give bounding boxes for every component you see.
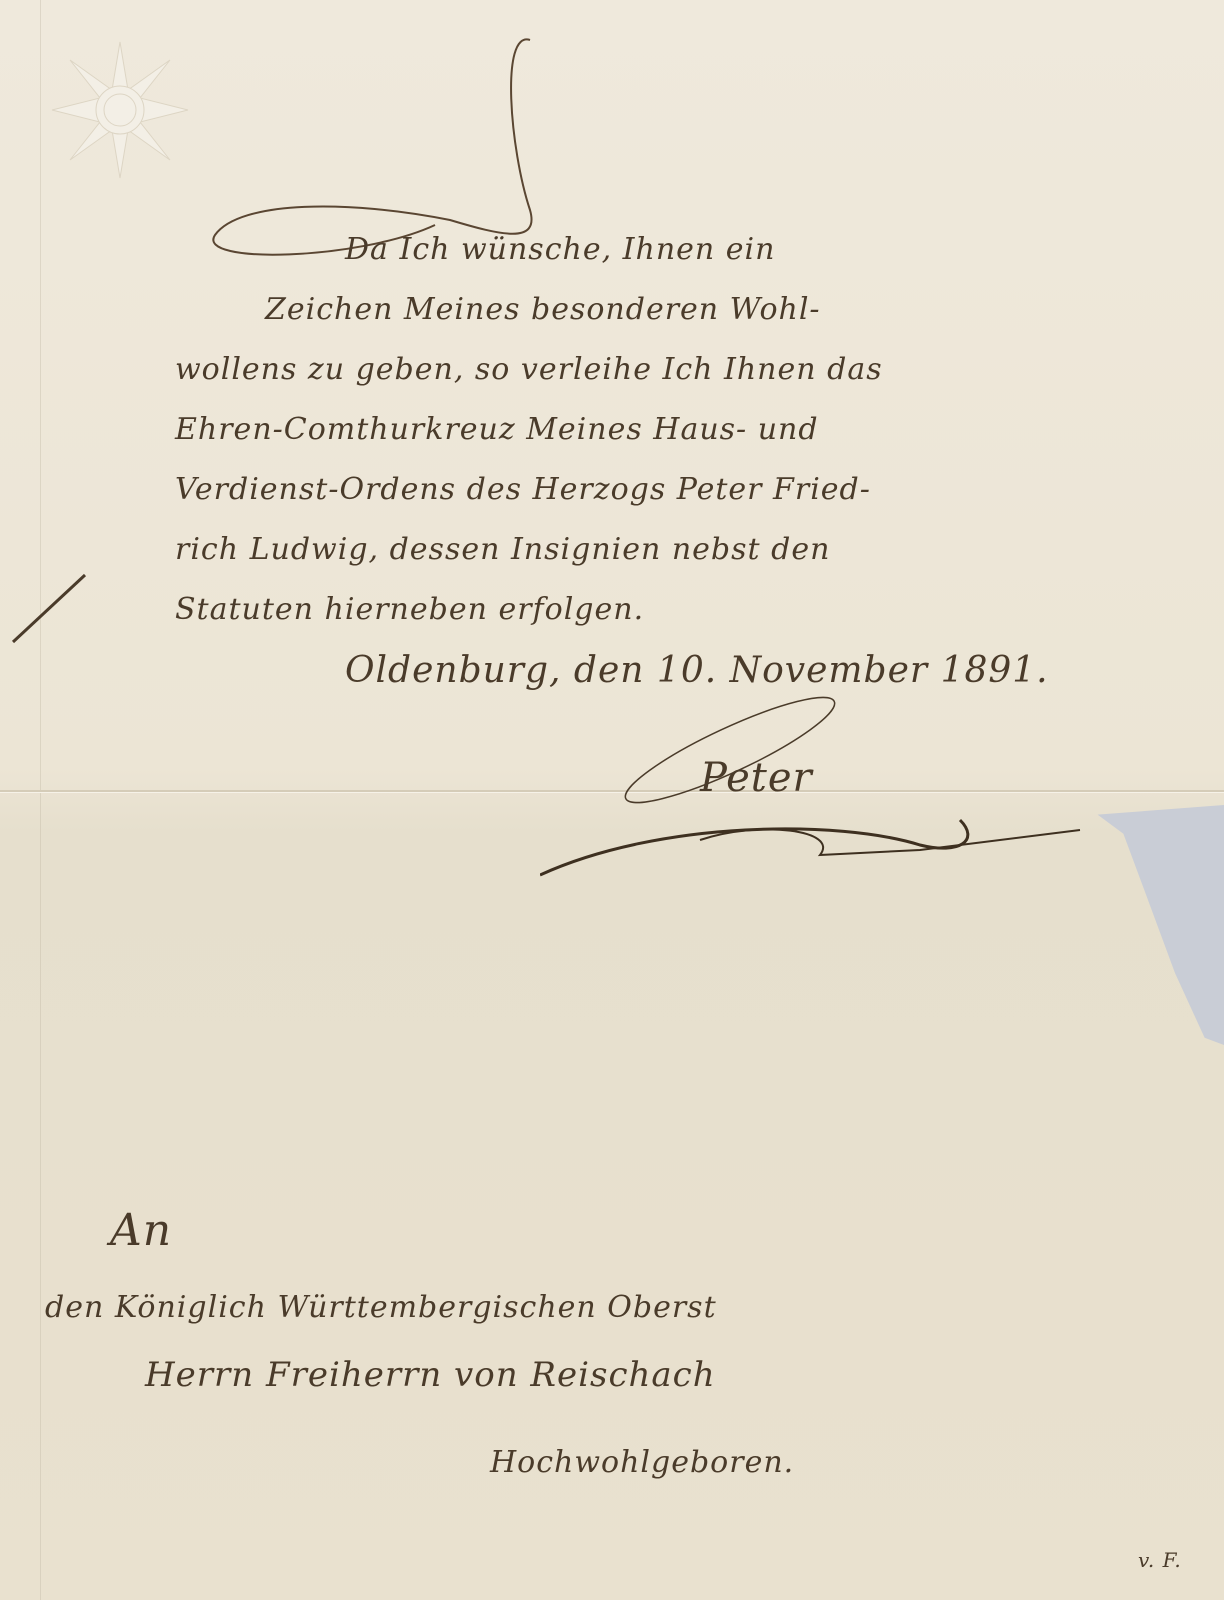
body-line-1: Da Ich wünsche, Ihnen ein [345, 232, 775, 267]
signature-flourish [540, 680, 1100, 880]
address-line-3: Hochwohlgeboren. [490, 1445, 794, 1480]
body-line-6: rich Ludwig, dessen Insignien nebst den [175, 532, 830, 567]
body-line-4: Ehren-Comthurkreuz Meines Haus- und [175, 412, 819, 447]
address-salutation: An [110, 1205, 172, 1256]
body-line-3: wollens zu geben, so verleihe Ich Ihnen … [175, 352, 883, 387]
signature: Peter [700, 755, 813, 801]
margin-stroke [5, 570, 95, 650]
torn-corner [1095, 805, 1224, 1045]
body-line-7: Statuten hierneben erfolgen. [175, 592, 644, 627]
body-line-5: Verdienst-Ordens des Herzogs Peter Fried… [175, 472, 871, 507]
embossed-star-emblem-icon [50, 40, 190, 180]
corner-mark: v. F. [1138, 1548, 1182, 1572]
address-line-2: Herrn Freiherrn von Reischach [145, 1355, 716, 1395]
letter-paper: Da Ich wünsche, Ihnen ein Zeichen Meines… [0, 0, 1224, 1600]
address-line-1: den Königlich Württembergischen Oberst [45, 1290, 717, 1325]
ornamental-initial-d [200, 30, 580, 260]
body-line-2: Zeichen Meines besonderen Wohl- [265, 292, 821, 327]
paper-margin-line [40, 0, 41, 1600]
